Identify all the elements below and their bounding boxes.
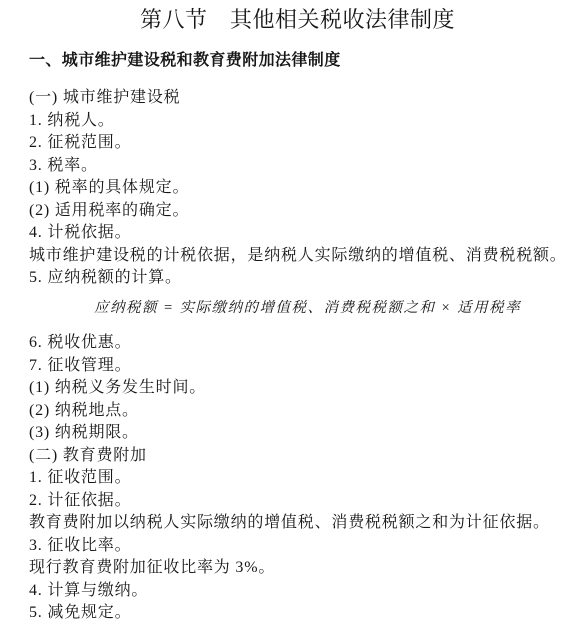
outline-line: (2) 纳税地点。 <box>0 400 577 423</box>
outline-line: (3) 纳税期限。 <box>0 422 577 445</box>
outline-list: (一) 城市维护建设税 1. 纳税人。 2. 征税范围。 3. 税率。 (1) … <box>0 87 577 625</box>
outline-line: (二) 教育费附加 <box>0 445 577 468</box>
outline-line: 现行教育费附加征收比率为 3%。 <box>0 557 577 580</box>
outline-line: 3. 税率。 <box>0 155 577 178</box>
outline-line: 4. 计算与缴纳。 <box>0 580 577 603</box>
page-title: 第八节 其他相关税收法律制度 <box>0 0 577 33</box>
outline-line: 1. 征收范围。 <box>0 467 577 490</box>
document-page: 第八节 其他相关税收法律制度 一、城市维护建设税和教育费附加法律制度 (一) 城… <box>0 0 577 631</box>
outline-line: 教育费附加以纳税人实际缴纳的增值税、消费税税额之和为计征依据。 <box>0 512 577 535</box>
section-heading: 一、城市维护建设税和教育费附加法律制度 <box>0 50 577 72</box>
outline-line: 1. 纳税人。 <box>0 110 577 133</box>
outline-line: 2. 征税范围。 <box>0 132 577 155</box>
outline-line: 5. 减免规定。 <box>0 602 577 625</box>
outline-line: 城市维护建设税的计税依据，是纳税人实际缴纳的增值税、消费税税额。 <box>0 245 577 268</box>
outline-line: 7. 征收管理。 <box>0 355 577 378</box>
outline-line: 3. 征收比率。 <box>0 535 577 558</box>
outline-line: 4. 计税依据。 <box>0 222 577 245</box>
outline-line: 6. 税收优惠。 <box>0 332 577 355</box>
outline-line: (2) 适用税率的确定。 <box>0 200 577 223</box>
outline-line: (1) 税率的具体规定。 <box>0 177 577 200</box>
outline-line: 2. 计征依据。 <box>0 490 577 513</box>
outline-line: (一) 城市维护建设税 <box>0 87 577 110</box>
formula-line: 应纳税额 = 实际缴纳的增值税、消费税税额之和 × 适用税率 <box>0 297 577 320</box>
outline-line: (1) 纳税义务发生时间。 <box>0 377 577 400</box>
outline-line: 5. 应纳税额的计算。 <box>0 267 577 290</box>
